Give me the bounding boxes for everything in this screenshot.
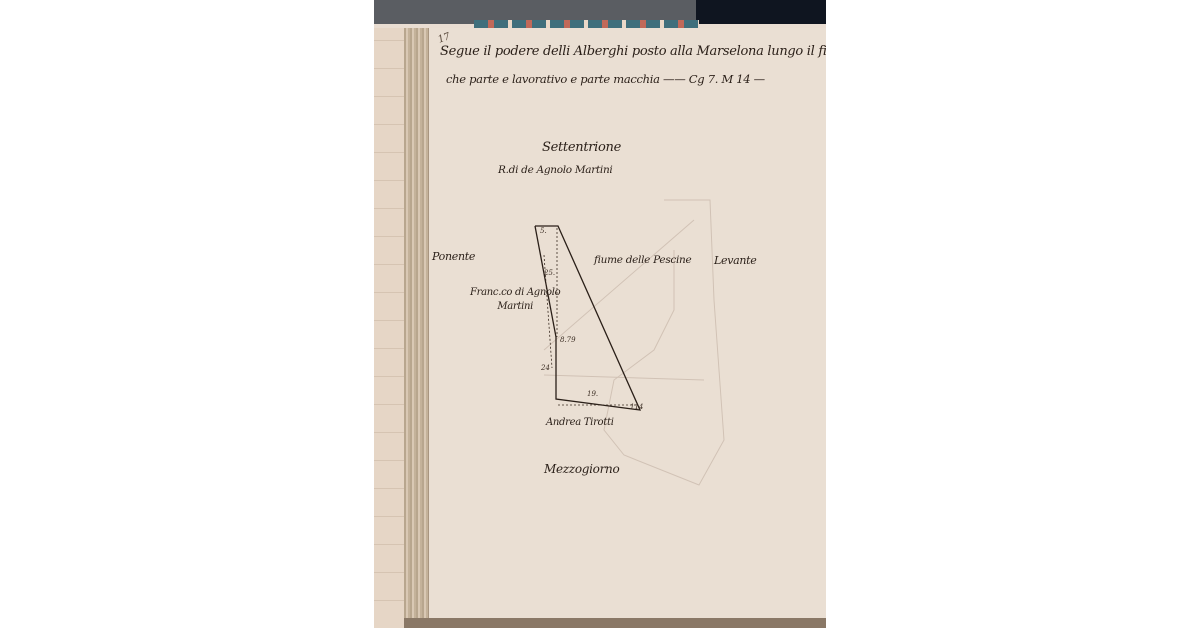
manuscript-scan: 5. 25. 8.79 24 19. 114 17 Segue il poder… <box>374 0 826 628</box>
north-owner-label: R.di de Agnolo Martini <box>498 164 612 176</box>
scan-background-dark-corner <box>696 0 826 24</box>
river-label: fiume delle Pescine <box>594 254 691 266</box>
page-bottom-edge <box>404 618 826 628</box>
compass-south-label: Mezzogiorno <box>544 462 619 476</box>
decorative-binding <box>474 20 699 28</box>
compass-north-label: Settentrione <box>542 140 621 155</box>
west-owner-line-1: Franc.co di Agnolo <box>470 286 560 300</box>
left-page-edge <box>374 28 408 628</box>
manuscript-page <box>428 28 826 620</box>
page-stack-edges <box>404 28 430 618</box>
south-owner-label: Andrea Tirotti <box>546 417 614 428</box>
heading-line-1: Segue il podere delli Alberghi posto all… <box>440 44 826 59</box>
compass-east-label: Levante <box>714 254 757 267</box>
west-owner-line-2: Martini <box>470 300 560 314</box>
compass-west-label: Ponente <box>432 250 475 263</box>
west-owner-label: Franc.co di Agnolo Martini <box>470 286 560 314</box>
heading-line-2: che parte e lavorativo e parte macchia —… <box>446 72 765 86</box>
